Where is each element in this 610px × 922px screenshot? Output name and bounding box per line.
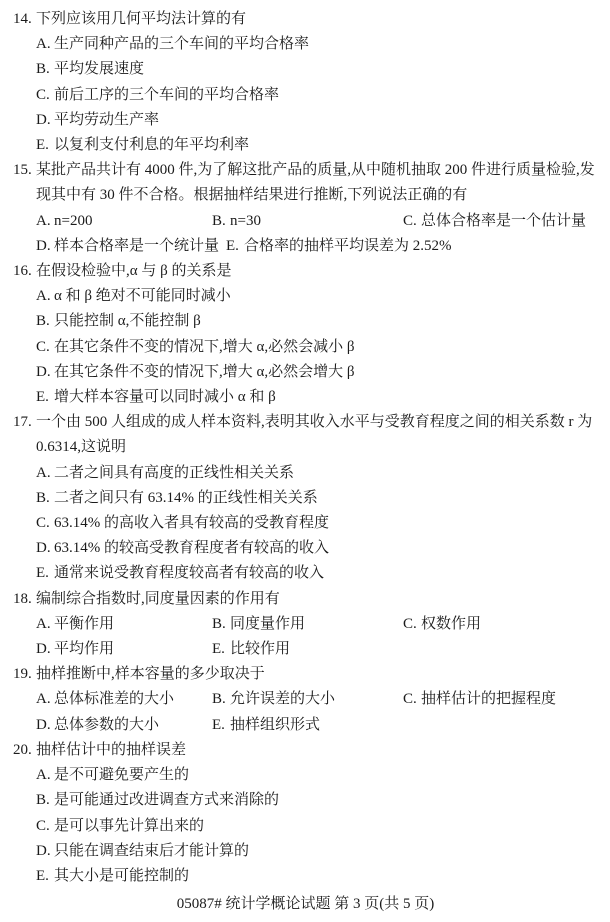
question-19-stem: 19.抽样推断中,样本容量的多少取决于 <box>13 662 598 687</box>
option-14-d-label: D. <box>36 108 54 133</box>
question-14-text: 下列应该用几何平均法计算的有 <box>36 11 246 27</box>
question-16: 16.在假设检验中,α 与 β 的关系是 A.α 和 β 绝对不可能同时减小 B… <box>13 259 598 410</box>
question-18: 18.编制综合指数时,同度量因素的作用有 A.平衡作用 B.同度量作用 C.权数… <box>13 587 598 663</box>
page-footer: 05087# 统计学概论试题 第 3 页(共 5 页) <box>13 892 598 917</box>
option-19-b-label: B. <box>212 687 230 712</box>
option-17-b-text: 二者之间只有 63.14% 的正线性相关关系 <box>54 490 318 506</box>
option-20-e-label: E. <box>36 864 54 889</box>
question-16-number: 16. <box>13 259 36 284</box>
question-19-text: 抽样推断中,样本容量的多少取决于 <box>36 666 265 682</box>
option-14-a: A.生产同种产品的三个车间的平均合格率 <box>13 32 598 57</box>
option-19-b-text: 允许误差的大小 <box>230 691 335 707</box>
option-14-d: D.平均劳动生产率 <box>13 108 598 133</box>
option-16-e-label: E. <box>36 385 54 410</box>
option-15-d-text: 样本合格率是一个统计量 <box>54 238 219 254</box>
option-16-b: B.只能控制 α,不能控制 β <box>13 309 598 334</box>
option-14-e-text: 以复利支付利息的年平均利率 <box>54 137 249 153</box>
option-14-c-label: C. <box>36 83 54 108</box>
option-15-d-label: D. <box>36 234 54 259</box>
option-18-e: E.比较作用 <box>212 637 403 662</box>
option-18-d-text: 平均作用 <box>54 641 114 657</box>
option-18-c-text: 权数作用 <box>421 616 481 632</box>
option-15-c: C.总体合格率是一个估计量 <box>403 209 598 234</box>
option-20-d-label: D. <box>36 839 54 864</box>
option-20-a: A.是不可避免要产生的 <box>13 763 598 788</box>
option-18-a: A.平衡作用 <box>36 612 212 637</box>
option-15-b: B.n=30 <box>212 209 403 234</box>
option-16-c-label: C. <box>36 335 54 360</box>
question-15-stem: 15.某批产品共计有 4000 件,为了解这批产品的质量,从中随机抽取 200 … <box>13 158 598 208</box>
option-14-c-text: 前后工序的三个车间的平均合格率 <box>54 87 279 103</box>
option-19-c-text: 抽样估计的把握程度 <box>421 691 556 707</box>
option-15-b-label: B. <box>212 209 230 234</box>
option-19-e: E.抽样组织形式 <box>212 713 403 738</box>
option-18-e-label: E. <box>212 637 230 662</box>
option-17-a: A.二者之间具有高度的正线性相关关系 <box>13 461 598 486</box>
question-17: 17.一个由 500 人组成的成人样本资料,表明其收入水平与受教育程度之间的相关… <box>13 410 598 586</box>
option-15-c-label: C. <box>403 209 421 234</box>
option-16-c-text: 在其它条件不变的情况下,增大 α,必然会减小 β <box>54 339 355 355</box>
option-20-a-label: A. <box>36 763 54 788</box>
option-19-e-text: 抽样组织形式 <box>230 717 320 733</box>
option-14-d-text: 平均劳动生产率 <box>54 112 159 128</box>
option-19-c: C.抽样估计的把握程度 <box>403 687 598 712</box>
option-20-b-text: 是可能通过改进调查方式来消除的 <box>54 792 279 808</box>
option-20-e-text: 其大小是可能控制的 <box>54 868 189 884</box>
question-17-number: 17. <box>13 410 36 435</box>
option-20-c-label: C. <box>36 814 54 839</box>
question-17-stem: 17.一个由 500 人组成的成人样本资料,表明其收入水平与受教育程度之间的相关… <box>13 410 598 460</box>
option-19-e-label: E. <box>212 713 230 738</box>
option-15-e-label: E. <box>226 234 244 259</box>
question-20: 20.抽样估计中的抽样误差 A.是不可避免要产生的 B.是可能通过改进调查方式来… <box>13 738 598 889</box>
option-20-c-text: 是可以事先计算出来的 <box>54 818 204 834</box>
option-18-d-label: D. <box>36 637 54 662</box>
question-19-number: 19. <box>13 662 36 687</box>
option-20-b: B.是可能通过改进调查方式来消除的 <box>13 788 598 813</box>
question-15-text: 某批产品共计有 4000 件,为了解这批产品的质量,从中随机抽取 200 件进行… <box>36 162 595 203</box>
question-15-number: 15. <box>13 158 36 183</box>
option-20-d: D.只能在调查结束后才能计算的 <box>13 839 598 864</box>
option-14-a-label: A. <box>36 32 54 57</box>
option-17-e-label: E. <box>36 561 54 586</box>
option-17-d: D.63.14% 的较高受教育程度者有较高的收入 <box>13 536 598 561</box>
option-16-a-text: α 和 β 绝对不可能同时减小 <box>54 288 231 304</box>
option-15-a-text: n=200 <box>54 213 92 229</box>
option-16-e-text: 增大样本容量可以同时减小 α 和 β <box>54 389 276 405</box>
question-19-options-row-1: A.总体标准差的大小 B.允许误差的大小 C.抽样估计的把握程度 <box>13 687 598 712</box>
option-15-a: A.n=200 <box>36 209 212 234</box>
option-14-b: B.平均发展速度 <box>13 57 598 82</box>
option-18-c: C.权数作用 <box>403 612 598 637</box>
option-18-d: D.平均作用 <box>36 637 212 662</box>
option-19-a-label: A. <box>36 687 54 712</box>
option-15-e: E.合格率的抽样平均误差为 2.52% <box>226 234 452 259</box>
question-19-options-row-2: D.总体参数的大小 E.抽样组织形式 <box>13 713 598 738</box>
question-19: 19.抽样推断中,样本容量的多少取决于 A.总体标准差的大小 B.允许误差的大小… <box>13 662 598 738</box>
question-16-stem: 16.在假设检验中,α 与 β 的关系是 <box>13 259 598 284</box>
option-14-a-text: 生产同种产品的三个车间的平均合格率 <box>54 36 309 52</box>
option-18-b-text: 同度量作用 <box>230 616 305 632</box>
question-18-stem: 18.编制综合指数时,同度量因素的作用有 <box>13 587 598 612</box>
option-19-b: B.允许误差的大小 <box>212 687 403 712</box>
question-20-text: 抽样估计中的抽样误差 <box>36 742 186 758</box>
option-18-b-label: B. <box>212 612 230 637</box>
option-15-c-text: 总体合格率是一个估计量 <box>421 213 586 229</box>
question-17-text: 一个由 500 人组成的成人样本资料,表明其收入水平与受教育程度之间的相关系数 … <box>36 414 592 455</box>
question-15-options-row-1: A.n=200 B.n=30 C.总体合格率是一个估计量 <box>13 209 598 234</box>
question-14-stem: 14.下列应该用几何平均法计算的有 <box>13 7 598 32</box>
option-15-b-text: n=30 <box>230 213 261 229</box>
option-17-a-text: 二者之间具有高度的正线性相关关系 <box>54 465 294 481</box>
option-17-c-label: C. <box>36 511 54 536</box>
question-14: 14.下列应该用几何平均法计算的有 A.生产同种产品的三个车间的平均合格率 B.… <box>13 7 598 158</box>
option-15-e-text: 合格率的抽样平均误差为 2.52% <box>244 238 452 254</box>
option-20-d-text: 只能在调查结束后才能计算的 <box>54 843 249 859</box>
option-18-c-label: C. <box>403 612 421 637</box>
option-17-a-label: A. <box>36 461 54 486</box>
option-19-c-label: C. <box>403 687 421 712</box>
option-20-e: E.其大小是可能控制的 <box>13 864 598 889</box>
option-17-b-label: B. <box>36 486 54 511</box>
question-16-text: 在假设检验中,α 与 β 的关系是 <box>36 263 232 279</box>
option-17-c: C.63.14% 的高收入者具有较高的受教育程度 <box>13 511 598 536</box>
option-20-a-text: 是不可避免要产生的 <box>54 767 189 783</box>
question-18-text: 编制综合指数时,同度量因素的作用有 <box>36 591 280 607</box>
question-15-options-row-2: D.样本合格率是一个统计量 E.合格率的抽样平均误差为 2.52% <box>13 234 598 259</box>
option-17-b: B.二者之间只有 63.14% 的正线性相关关系 <box>13 486 598 511</box>
option-18-e-text: 比较作用 <box>230 641 290 657</box>
option-16-b-text: 只能控制 α,不能控制 β <box>54 313 201 329</box>
option-14-b-label: B. <box>36 57 54 82</box>
option-14-e: E.以复利支付利息的年平均利率 <box>13 133 598 158</box>
question-20-stem: 20.抽样估计中的抽样误差 <box>13 738 598 763</box>
option-19-d-text: 总体参数的大小 <box>54 717 159 733</box>
exam-page: 14.下列应该用几何平均法计算的有 A.生产同种产品的三个车间的平均合格率 B.… <box>0 0 610 917</box>
question-18-number: 18. <box>13 587 36 612</box>
option-17-d-label: D. <box>36 536 54 561</box>
option-20-b-label: B. <box>36 788 54 813</box>
option-18-a-text: 平衡作用 <box>54 616 114 632</box>
option-14-b-text: 平均发展速度 <box>54 61 144 77</box>
option-15-d: D.样本合格率是一个统计量 <box>36 234 219 259</box>
option-16-e: E.增大样本容量可以同时减小 α 和 β <box>13 385 598 410</box>
option-19-a: A.总体标准差的大小 <box>36 687 212 712</box>
option-17-e: E.通常来说受教育程度较高者有较高的收入 <box>13 561 598 586</box>
option-16-a: A.α 和 β 绝对不可能同时减小 <box>13 284 598 309</box>
option-16-c: C.在其它条件不变的情况下,增大 α,必然会减小 β <box>13 335 598 360</box>
option-19-a-text: 总体标准差的大小 <box>54 691 174 707</box>
option-17-e-text: 通常来说受教育程度较高者有较高的收入 <box>54 565 324 581</box>
option-16-d-label: D. <box>36 360 54 385</box>
option-19-d: D.总体参数的大小 <box>36 713 212 738</box>
option-16-b-label: B. <box>36 309 54 334</box>
option-14-c: C.前后工序的三个车间的平均合格率 <box>13 83 598 108</box>
option-16-a-label: A. <box>36 284 54 309</box>
question-20-number: 20. <box>13 738 36 763</box>
question-15: 15.某批产品共计有 4000 件,为了解这批产品的质量,从中随机抽取 200 … <box>13 158 598 259</box>
question-14-number: 14. <box>13 7 36 32</box>
option-18-b: B.同度量作用 <box>212 612 403 637</box>
option-14-e-label: E. <box>36 133 54 158</box>
option-16-d: D.在其它条件不变的情况下,增大 α,必然会增大 β <box>13 360 598 385</box>
question-18-options-row-1: A.平衡作用 B.同度量作用 C.权数作用 <box>13 612 598 637</box>
option-18-a-label: A. <box>36 612 54 637</box>
option-19-d-label: D. <box>36 713 54 738</box>
option-20-c: C.是可以事先计算出来的 <box>13 814 598 839</box>
option-16-d-text: 在其它条件不变的情况下,增大 α,必然会增大 β <box>54 364 355 380</box>
option-15-a-label: A. <box>36 209 54 234</box>
option-17-c-text: 63.14% 的高收入者具有较高的受教育程度 <box>54 515 329 531</box>
question-18-options-row-2: D.平均作用 E.比较作用 <box>13 637 598 662</box>
option-17-d-text: 63.14% 的较高受教育程度者有较高的收入 <box>54 540 329 556</box>
